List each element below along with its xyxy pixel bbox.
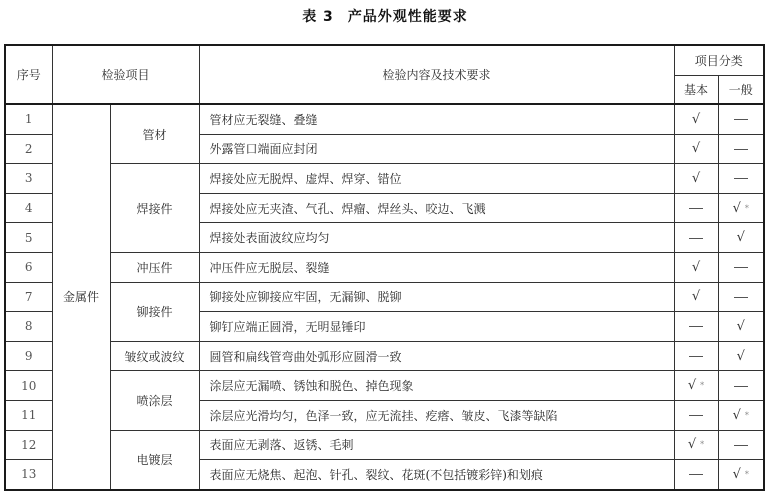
asterisk-mark: * — [700, 440, 704, 449]
checkmark-icon: √ — [692, 171, 700, 186]
requirement-text: 焊接处应无夹渣、气孔、焊瘤、焊丝头、咬边、飞溅 — [199, 193, 674, 223]
category-general — [718, 134, 764, 164]
checkmark-icon: √ — [733, 408, 741, 423]
category-general — [718, 252, 764, 282]
category-basic: √* — [674, 371, 718, 401]
dash-icon — [734, 386, 748, 387]
row-index: 11 — [5, 400, 52, 430]
dash-icon — [689, 415, 703, 416]
header-item: 检验项目 — [52, 45, 199, 104]
category-basic — [674, 312, 718, 342]
row-index: 4 — [5, 193, 52, 223]
table-row: 3焊接件焊接处应无脱焊、虚焊、焊穿、错位√ — [5, 164, 764, 194]
category-basic — [674, 400, 718, 430]
requirement-text: 焊接处表面波纹应均匀 — [199, 223, 674, 253]
checkmark-icon: √ — [692, 260, 700, 275]
dash-icon — [734, 267, 748, 268]
requirement-text: 铆钉应端正圆滑，无明显锤印 — [199, 312, 674, 342]
row-index: 8 — [5, 312, 52, 342]
dash-icon — [734, 178, 748, 179]
category-general: √ — [718, 341, 764, 371]
category-general — [718, 164, 764, 194]
header-category: 项目分类 — [674, 45, 764, 76]
header-content: 检验内容及技术要求 — [199, 45, 674, 104]
requirement-text: 管材应无裂缝、叠缝 — [199, 104, 674, 134]
dash-icon — [734, 149, 748, 150]
subgroup-label: 电镀层 — [110, 430, 199, 490]
requirement-text: 表面应无剥落、返锈、毛刺 — [199, 430, 674, 460]
category-basic: √ — [674, 252, 718, 282]
requirement-text: 表面应无烧焦、起泡、针孔、裂纹、花斑(不包括镀彩锌)和划痕 — [199, 460, 674, 490]
table-row: 1金属件管材管材应无裂缝、叠缝√ — [5, 104, 764, 134]
table-row: 10喷涂层涂层应无漏喷、锈蚀和脱色、掉色现象√* — [5, 371, 764, 401]
asterisk-mark: * — [745, 204, 749, 213]
dash-icon — [689, 326, 703, 327]
dash-icon — [734, 445, 748, 446]
row-index: 10 — [5, 371, 52, 401]
checkmark-icon: √ — [692, 112, 700, 127]
row-index: 7 — [5, 282, 52, 312]
category-general: √ — [718, 223, 764, 253]
checkmark-icon: √ — [737, 230, 745, 245]
checkmark-icon: √ — [733, 467, 741, 482]
header-index: 序号 — [5, 45, 52, 104]
subgroup-label: 管材 — [110, 104, 199, 164]
dash-icon — [689, 208, 703, 209]
checkmark-icon: √ — [692, 289, 700, 304]
table-row: 12电镀层表面应无剥落、返锈、毛刺√* — [5, 430, 764, 460]
table-row: 6冲压件冲压件应无脱层、裂缝√ — [5, 252, 764, 282]
checkmark-icon: √ — [737, 319, 745, 334]
table-row: 7铆接件铆接处应铆接应牢固，无漏铆、脱铆√ — [5, 282, 764, 312]
table-title: 产品外观性能要求 — [348, 9, 468, 25]
subgroup-label: 喷涂层 — [110, 371, 199, 430]
row-index: 5 — [5, 223, 52, 253]
table-number: 表 3 — [302, 9, 334, 25]
dash-icon — [734, 297, 748, 298]
category-basic — [674, 193, 718, 223]
category-general: √* — [718, 193, 764, 223]
category-basic: √ — [674, 282, 718, 312]
checkmark-icon: √ — [688, 378, 696, 393]
checkmark-icon: √ — [733, 201, 741, 216]
checkmark-icon: √ — [688, 437, 696, 452]
category-basic: √ — [674, 164, 718, 194]
subgroup-label: 铆接件 — [110, 282, 199, 341]
subgroup-label: 皱纹或波纹 — [110, 341, 199, 371]
category-basic: √* — [674, 430, 718, 460]
category-basic: √ — [674, 134, 718, 164]
table-row: 9皱纹或波纹圆管和扁线管弯曲处弧形应圆滑一致√ — [5, 341, 764, 371]
asterisk-mark: * — [745, 470, 749, 479]
subgroup-label: 焊接件 — [110, 164, 199, 253]
requirement-text: 圆管和扁线管弯曲处弧形应圆滑一致 — [199, 341, 674, 371]
requirement-text: 铆接处应铆接应牢固，无漏铆、脱铆 — [199, 282, 674, 312]
asterisk-mark: * — [700, 381, 704, 390]
requirement-text: 焊接处应无脱焊、虚焊、焊穿、错位 — [199, 164, 674, 194]
dash-icon — [689, 356, 703, 357]
category-basic — [674, 460, 718, 490]
row-index: 6 — [5, 252, 52, 282]
category-general — [718, 371, 764, 401]
dash-icon — [734, 119, 748, 120]
table-caption: 表 3产品外观性能要求 — [0, 6, 770, 26]
dash-icon — [689, 474, 703, 475]
group-label: 金属件 — [52, 104, 110, 490]
dash-icon — [689, 238, 703, 239]
row-index: 3 — [5, 164, 52, 194]
row-index: 13 — [5, 460, 52, 490]
requirement-text: 涂层应光滑均匀，色泽一致，应无流挂、疙瘩、皱皮、飞漆等缺陷 — [199, 400, 674, 430]
header-general: 一般 — [718, 76, 764, 105]
category-general: √ — [718, 312, 764, 342]
category-general — [718, 282, 764, 312]
checkmark-icon: √ — [737, 349, 745, 364]
requirement-text: 涂层应无漏喷、锈蚀和脱色、掉色现象 — [199, 371, 674, 401]
category-basic — [674, 223, 718, 253]
category-general: √* — [718, 460, 764, 490]
row-index: 1 — [5, 104, 52, 134]
category-general: √* — [718, 400, 764, 430]
row-index: 2 — [5, 134, 52, 164]
row-index: 9 — [5, 341, 52, 371]
appearance-requirements-table: 序号 检验项目 检验内容及技术要求 项目分类 基本 一般 1金属件管材管材应无裂… — [4, 44, 765, 491]
category-general — [718, 430, 764, 460]
category-basic — [674, 341, 718, 371]
checkmark-icon: √ — [692, 141, 700, 156]
category-basic: √ — [674, 104, 718, 134]
requirement-text: 外露管口端面应封闭 — [199, 134, 674, 164]
header-basic: 基本 — [674, 76, 718, 105]
requirement-text: 冲压件应无脱层、裂缝 — [199, 252, 674, 282]
category-general — [718, 104, 764, 134]
asterisk-mark: * — [745, 411, 749, 420]
row-index: 12 — [5, 430, 52, 460]
subgroup-label: 冲压件 — [110, 252, 199, 282]
